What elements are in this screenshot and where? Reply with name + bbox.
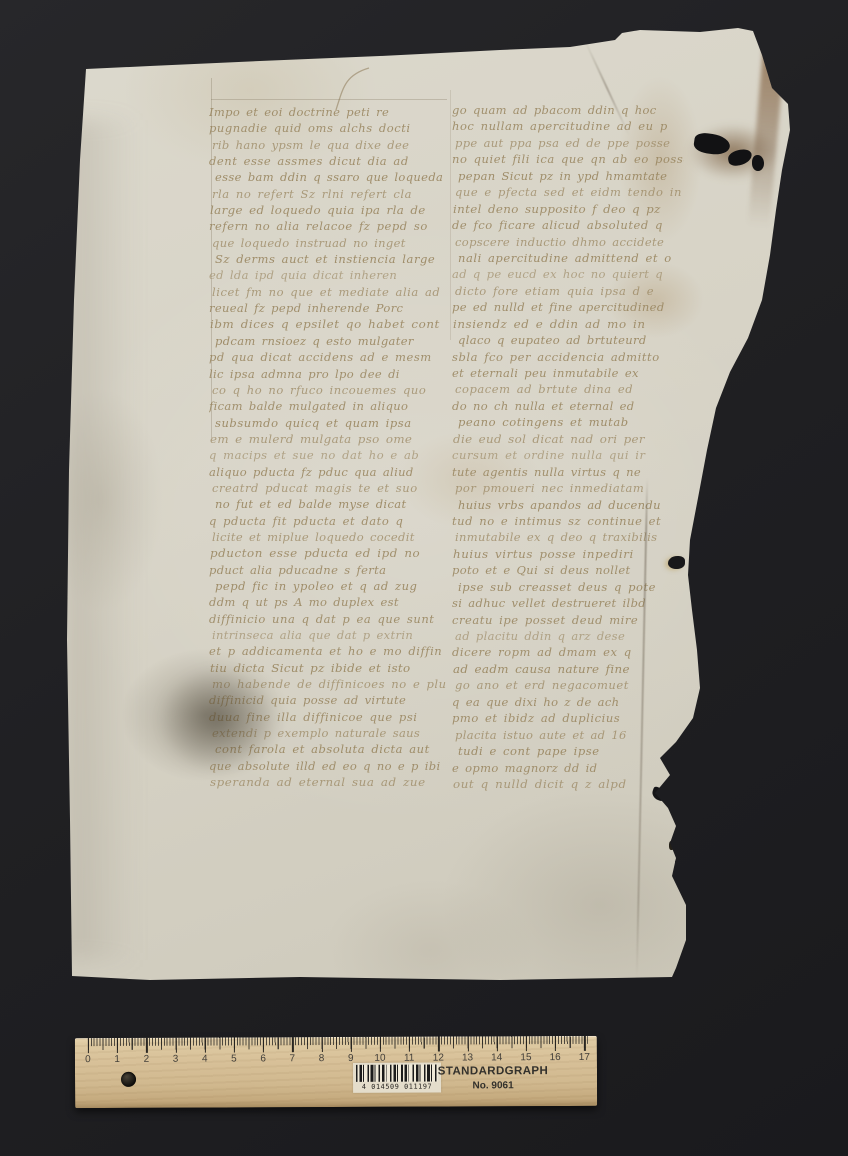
manuscript-line: rib hano ypsm le qua dixe dee	[212, 137, 447, 153]
ruler: 01234567891011121314151617 4 014509 0111…	[75, 1036, 597, 1108]
cm-tick-label: 17	[579, 1052, 590, 1063]
manuscript-line: licet fm no que et mediate alia ad	[212, 284, 447, 300]
cm-tick	[175, 1038, 176, 1053]
manuscript-line: ed lda ipd quia dicat inheren	[209, 267, 447, 283]
cm-tick	[409, 1037, 410, 1052]
manuscript-line: si adhuc vellet destrueret ilbd	[452, 595, 684, 611]
manuscript-line: q macips et sue no dat ho e ab	[209, 447, 447, 463]
cm-tick-label: 3	[173, 1054, 179, 1065]
manuscript-line: q ea que dixi ho z de ach	[452, 694, 684, 710]
manuscript-line: que loquedo instruad no inget	[212, 235, 447, 251]
cm-tick-label: 16	[550, 1052, 561, 1063]
ruler-brand: STANDARDGRAPH	[423, 1065, 563, 1078]
cm-tick-label: 7	[290, 1053, 296, 1064]
manuscript-line: large ed loquedo quia ipa rla de	[210, 202, 447, 218]
burn-hole	[752, 155, 764, 171]
manuscript-line: pugnadie quid oms alchs docti	[209, 120, 447, 136]
manuscript-line: out q nulld dicit q z alpd	[453, 776, 684, 792]
manuscript-line: go ano et erd negacomuet	[455, 677, 684, 693]
manuscript-line: speranda ad eternal sua ad zue	[210, 774, 447, 790]
manuscript-line: ficam balde mulgated in aliquo	[209, 398, 447, 414]
manuscript-line: pdcam rnsioez q esto mulgater	[215, 333, 447, 349]
manuscript-line: em e mulerd mulgata pso ome	[210, 431, 447, 447]
manuscript-line: qlaco q eupateo ad brtuteurd	[458, 332, 684, 348]
cm-tick	[438, 1037, 439, 1052]
cm-tick-label: 6	[260, 1053, 266, 1064]
manuscript-line: huius vrbs apandos ad ducendu	[458, 497, 684, 513]
barcode-digits: 4 014509 011197	[362, 1083, 432, 1091]
margin-shading	[66, 120, 136, 960]
manuscript-line: nali apercitudine admittend et o	[458, 250, 684, 266]
manuscript-line: peano cotingens et mutab	[458, 414, 684, 430]
cm-tick	[526, 1036, 527, 1051]
edge-tear	[675, 858, 682, 868]
cm-tick-label: 13	[462, 1052, 473, 1063]
manuscript-line: pe ed nulld et fine apercitudined	[452, 299, 684, 315]
ruler-model: No. 9061	[423, 1080, 563, 1092]
ruling-line-vertical-right	[450, 90, 451, 340]
manuscript-line: huius virtus posse inpediri	[453, 546, 684, 562]
manuscript-line: co q ho no rfuco incouemes quo	[212, 382, 447, 398]
manuscript-line: lic ipsa admna pro lpo dee di	[209, 366, 447, 382]
manuscript-line: de fco ficare alicud absoluted q	[452, 217, 684, 233]
manuscript-line: que e pfecta sed et eidm tendo in	[455, 184, 684, 200]
cm-tick-label: 14	[491, 1052, 502, 1063]
manuscript-line: Sz derms auct et instiencia large	[215, 251, 447, 267]
cm-tick-label: 15	[520, 1052, 531, 1063]
manuscript-line: creatu ipe posset deud mire	[452, 612, 684, 628]
cm-tick	[117, 1038, 118, 1053]
cm-tick	[234, 1037, 235, 1052]
cm-tick-label: 4	[202, 1054, 208, 1065]
manuscript-line: et eternali peu inmutabile ex	[452, 365, 684, 381]
manuscript-line: ad placitu ddin q arz dese	[455, 628, 684, 644]
manuscript-line: aliquo pducta fz pduc qua aliud	[209, 464, 447, 480]
manuscript-line: ddm q ut ps A mo duplex est	[209, 594, 447, 610]
manuscript-line: pmo et ibidz ad duplicius	[452, 710, 684, 726]
cm-tick	[146, 1038, 147, 1053]
manuscript-line: ibm dices q epsilet qo habet cont	[210, 316, 447, 332]
manuscript-line: q pducta fit pducta et dato q	[209, 513, 447, 529]
manuscript-line: pepan Sicut pz in ypd hmamtate	[458, 168, 684, 184]
manuscript-line: pduct alia pducadne s ferta	[209, 562, 447, 578]
manuscript-line: dent esse assmes dicut dia ad	[209, 153, 447, 169]
manuscript-line: Impo et eoi doctrine peti re	[209, 104, 447, 120]
manuscript-line: rla no refert Sz rlni refert cla	[212, 186, 447, 202]
manuscript-line: inmutabile ex q deo q traxibilis	[455, 529, 684, 545]
manuscript-line: licite et miplue loquedo cocedit	[212, 529, 447, 545]
manuscript-line: diffinicio una q dat p ea que sunt	[209, 611, 447, 627]
manuscript-line: et p addicamenta et ho e mo diffin	[209, 643, 447, 659]
cm-tick	[555, 1036, 556, 1051]
cm-tick	[351, 1037, 352, 1052]
cm-tick-label: 2	[144, 1054, 150, 1065]
manuscript-line: tud no e intimus sz continue et	[452, 513, 684, 529]
manuscript-line: intrinseca alia que dat p extrin	[212, 627, 447, 643]
ruler-branding: STANDARDGRAPH No. 9061	[423, 1065, 563, 1092]
manuscript-line: creatrd pducat magis te et suo	[212, 480, 447, 496]
edge-tear	[669, 841, 674, 850]
cm-tick-label: 8	[319, 1053, 325, 1064]
manuscript-line: ad eadm causa nature fine	[453, 661, 684, 677]
text-column-right: go quam ad pbacom ddin q hochoc nullam a…	[452, 102, 684, 792]
cm-tick	[584, 1036, 585, 1051]
cm-tick-label: 0	[85, 1054, 91, 1065]
cm-tick	[497, 1036, 498, 1051]
photo-backdrop: Impo et eoi doctrine peti repugnadie qui…	[0, 0, 848, 1156]
manuscript-line: ppe aut ppa psa ed de ppe posse	[455, 135, 684, 151]
manuscript-line: esse bam ddin q ssaro que loqueda	[215, 169, 447, 185]
manuscript-line: no quiet fili ica que qn ab eo posse	[452, 151, 684, 167]
edge-hole	[668, 556, 685, 569]
manuscript-line: hoc nullam apercitudine ad eu p	[452, 118, 684, 134]
manuscript-line: tute agentis nulla virtus q ne	[452, 464, 684, 480]
ink-smudge-stain	[158, 666, 278, 774]
cm-tick	[321, 1037, 322, 1052]
manuscript-line: ad q pe eucd ex hoc no quiert q	[452, 266, 684, 282]
manuscript-line: dicere ropm ad dmam ex q	[452, 644, 684, 660]
manuscript-line: no fut et ed balde myse dicat	[215, 496, 447, 512]
manuscript-line: do no ch nulla et eternal ed	[452, 398, 684, 414]
manuscript-line: poto et e Qui si deus nollet	[452, 562, 684, 578]
cm-tick	[263, 1037, 264, 1052]
edge-tear	[650, 786, 667, 802]
cm-tick	[88, 1038, 89, 1053]
ruler-halfcm-ticks	[88, 1036, 588, 1053]
cm-tick	[292, 1037, 293, 1052]
cm-tick-label: 1	[114, 1054, 120, 1065]
manuscript-line: ipse sub creasset deus q pote	[458, 579, 684, 595]
manuscript-line: por pmoueri nec inmediatam	[455, 480, 684, 496]
cm-tick	[205, 1038, 206, 1053]
manuscript-line: die eud sol dicat nad ori per	[453, 431, 684, 447]
manuscript-line: insiendz ed e ddin ad mo in	[453, 316, 684, 332]
manuscript-line: tudi e cont pape ipse	[458, 743, 684, 759]
manuscript-line: pducton esse pducta ed ipd no	[210, 545, 447, 561]
cm-tick	[467, 1036, 468, 1051]
manuscript-line: dicto fore etiam quia ipsa d e	[455, 283, 684, 299]
cm-tick	[380, 1037, 381, 1052]
cm-tick-label: 5	[231, 1053, 237, 1064]
ruler-hang-hole	[121, 1072, 136, 1087]
manuscript-line: pepd fic in ypoleo et q ad zug	[215, 578, 447, 594]
manuscript-line: e opmo magnorz dd id	[452, 760, 684, 776]
manuscript-line: copscere inductio dhmo accidete	[455, 234, 684, 250]
manuscript-line: sbla fco per accidencia admitto	[452, 349, 684, 365]
manuscript-line: pd qua dicat accidens ad e mesm	[209, 349, 447, 365]
manuscript-line: subsumdo quicq et quam ipsa	[215, 415, 447, 431]
manuscript-line: reueal fz pepd inherende Porc	[209, 300, 447, 316]
manuscript-page: Impo et eoi doctrine peti repugnadie qui…	[0, 0, 848, 1156]
manuscript-line: refern no alia relacoe fz pepd so	[209, 218, 447, 234]
manuscript-line: placita istuo aute et ad 16	[455, 727, 684, 743]
manuscript-line: go quam ad pbacom ddin q hoc	[452, 102, 684, 118]
manuscript-line: intel deno supposito f deo q pz	[453, 201, 684, 217]
manuscript-line: cursum et ordine nulla qui ir	[452, 447, 684, 463]
manuscript-line: copacem ad brtute dina ed	[455, 381, 684, 397]
